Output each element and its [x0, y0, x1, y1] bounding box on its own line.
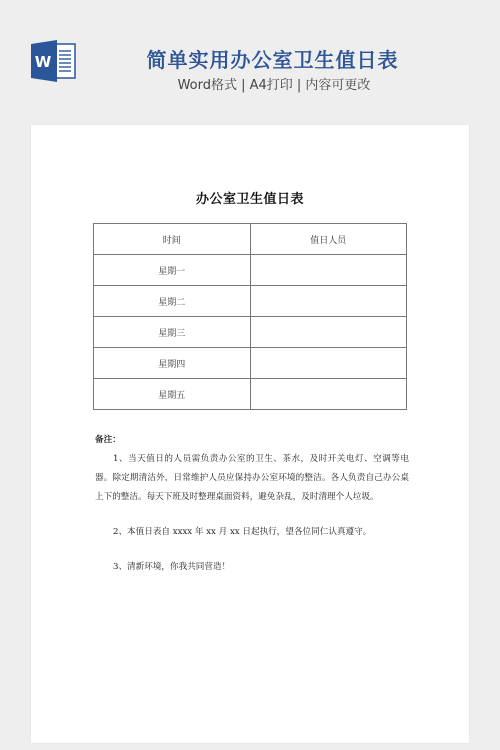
- table-row: 星期三: [94, 317, 407, 348]
- document-title: 办公室卫生值日表: [31, 188, 469, 207]
- day-cell: 星期二: [94, 286, 251, 317]
- header-time: 时间: [94, 224, 251, 255]
- notes-label: 备注：: [95, 431, 409, 450]
- table-row: 星期一: [94, 255, 407, 286]
- table-row: 星期二: [94, 286, 407, 317]
- day-cell: 星期一: [94, 255, 251, 286]
- note-item-3: 3、清新环境，你我共同营造！: [95, 558, 409, 577]
- header-duty-person: 值日人员: [250, 224, 407, 255]
- day-cell: 星期四: [94, 348, 251, 379]
- person-cell[interactable]: [250, 255, 407, 286]
- banner-title: 简单实用办公室卫生值日表: [0, 44, 500, 73]
- day-cell: 星期三: [94, 317, 251, 348]
- table-row: 星期四: [94, 348, 407, 379]
- table-header-row: 时间 值日人员: [94, 224, 407, 255]
- notes-section: 备注： 1、当天值日的人员需负责办公室的卫生、茶水，及时开关电灯、空调等电器。除…: [95, 431, 409, 577]
- person-cell[interactable]: [250, 348, 407, 379]
- person-cell[interactable]: [250, 317, 407, 348]
- person-cell[interactable]: [250, 379, 407, 410]
- note-item-2: 2、本值日表自 xxxx 年 xx 月 xx 日起执行，望各位同仁认真遵守。: [95, 523, 409, 542]
- duty-table: 时间 值日人员 星期一 星期二 星期三 星期四 星期五: [93, 223, 407, 410]
- day-cell: 星期五: [94, 379, 251, 410]
- banner-subtitle: Word格式 | A4打印 | 内容可更改: [0, 74, 500, 93]
- person-cell[interactable]: [250, 286, 407, 317]
- table-row: 星期五: [94, 379, 407, 410]
- document-page: 办公室卫生值日表 时间 值日人员 星期一 星期二 星期三 星期四: [31, 125, 469, 743]
- note-item-1: 1、当天值日的人员需负责办公室的卫生、茶水，及时开关电灯、空调等电器。除定期清洁…: [95, 450, 409, 507]
